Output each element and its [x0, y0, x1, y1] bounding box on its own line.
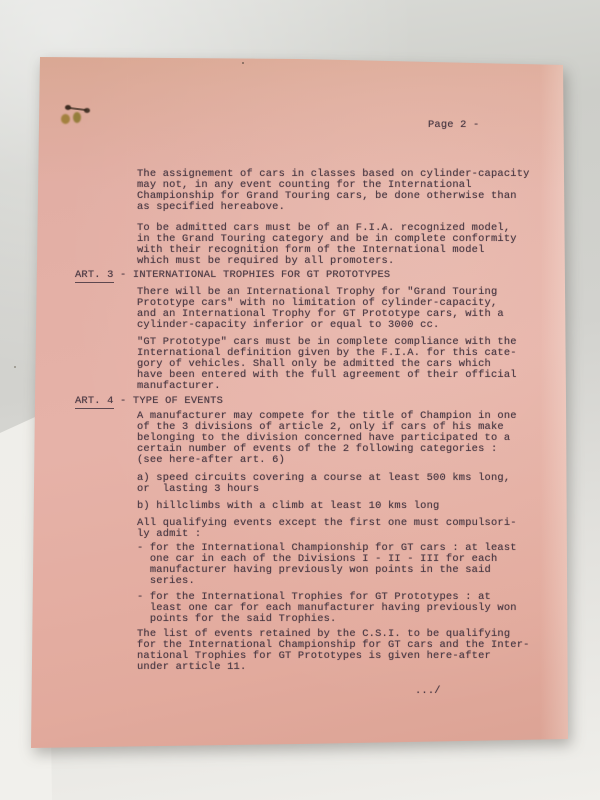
art3-paragraph-2: "GT Prototype" cars must be in complete … — [137, 337, 517, 392]
art4-paragraph-3: The list of events retained by the C.S.I… — [137, 629, 530, 673]
photo-backdrop: Page 2 - The assignement of cars in clas… — [0, 0, 600, 800]
rust-stain-left — [61, 114, 70, 124]
art3-heading: ART. 3 - INTERNATIONAL TROPHIES FOR GT P… — [75, 270, 390, 281]
art3-paragraph-1: There will be an International Trophy fo… — [137, 287, 504, 331]
staple-mark — [68, 107, 87, 111]
art3-title: - INTERNATIONAL TROPHIES FOR GT PROTOTYP… — [114, 269, 391, 281]
art4-number: ART. 4 — [75, 395, 114, 409]
art4-item-a: a) speed circuits covering a course at l… — [137, 473, 510, 495]
continuation-mark: .../ — [415, 686, 441, 697]
document-page: Page 2 - The assignement of cars in clas… — [0, 0, 600, 800]
page-number: Page 2 - — [428, 120, 479, 131]
paper-shadow-wrap: Page 2 - The assignement of cars in clas… — [0, 0, 600, 800]
art4-paragraph-1: A manufacturer may compete for the title… — [137, 411, 517, 466]
intro-paragraph-2: To be admitted cars must be of an F.I.A.… — [137, 223, 517, 267]
art4-heading: ART. 4 - TYPE OF EVENTS — [75, 396, 223, 407]
art3-number: ART. 3 — [75, 269, 114, 283]
art4-bullet-1: - for the International Championship for… — [137, 543, 517, 587]
art4-item-b: b) hillclimbs with a climb at least 10 k… — [137, 501, 439, 512]
paper-speck — [242, 62, 244, 64]
rust-stain-right — [73, 112, 81, 123]
art4-bullet-2: - for the International Trophies for GT … — [137, 592, 517, 625]
intro-paragraph-1: The assignement of cars in classes based… — [137, 169, 530, 213]
art4-paragraph-2: All qualifying events except the first o… — [137, 518, 517, 540]
art4-title: - TYPE OF EVENTS — [114, 395, 223, 407]
